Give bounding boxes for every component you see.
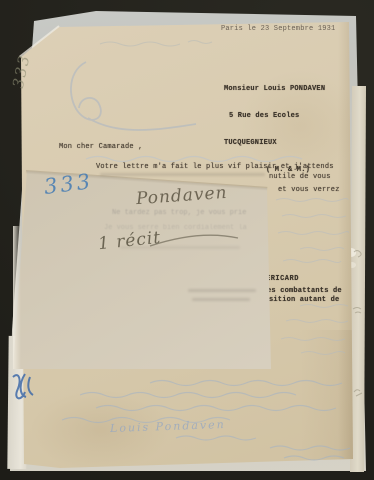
body-fragment: et vous verrez <box>278 186 340 194</box>
body-fragment: es combattants de <box>267 287 342 295</box>
recipient-name: Monsieur Louis PONDAVEN <box>224 85 325 94</box>
body-fragment: sition autant de <box>269 296 339 304</box>
ink-smudge <box>192 298 250 301</box>
salutation: Mon cher Camarade , <box>59 143 143 151</box>
recipient-street: 5 Rue des Ecoles <box>224 112 325 121</box>
body-fragment: nutile de vous <box>269 173 331 181</box>
ghost-typed-line: Ne tardez pas trop, je vous prie <box>112 209 246 217</box>
overlay-fold-highlight <box>13 226 21 369</box>
date-line: Paris le 23 Septembre 1931 <box>221 25 335 33</box>
body-line: Votre lettre m'a fait le plus vif plaisi… <box>96 163 334 171</box>
body-fragment: ERICARD <box>266 275 299 283</box>
ink-smudge <box>100 173 265 176</box>
recipient-city: TUCQUEGNIEUX <box>224 139 325 148</box>
scanned-document-page: Paris le 23 Septembre 1931 Monsieur Loui… <box>0 0 374 480</box>
ink-smudge <box>188 289 256 292</box>
